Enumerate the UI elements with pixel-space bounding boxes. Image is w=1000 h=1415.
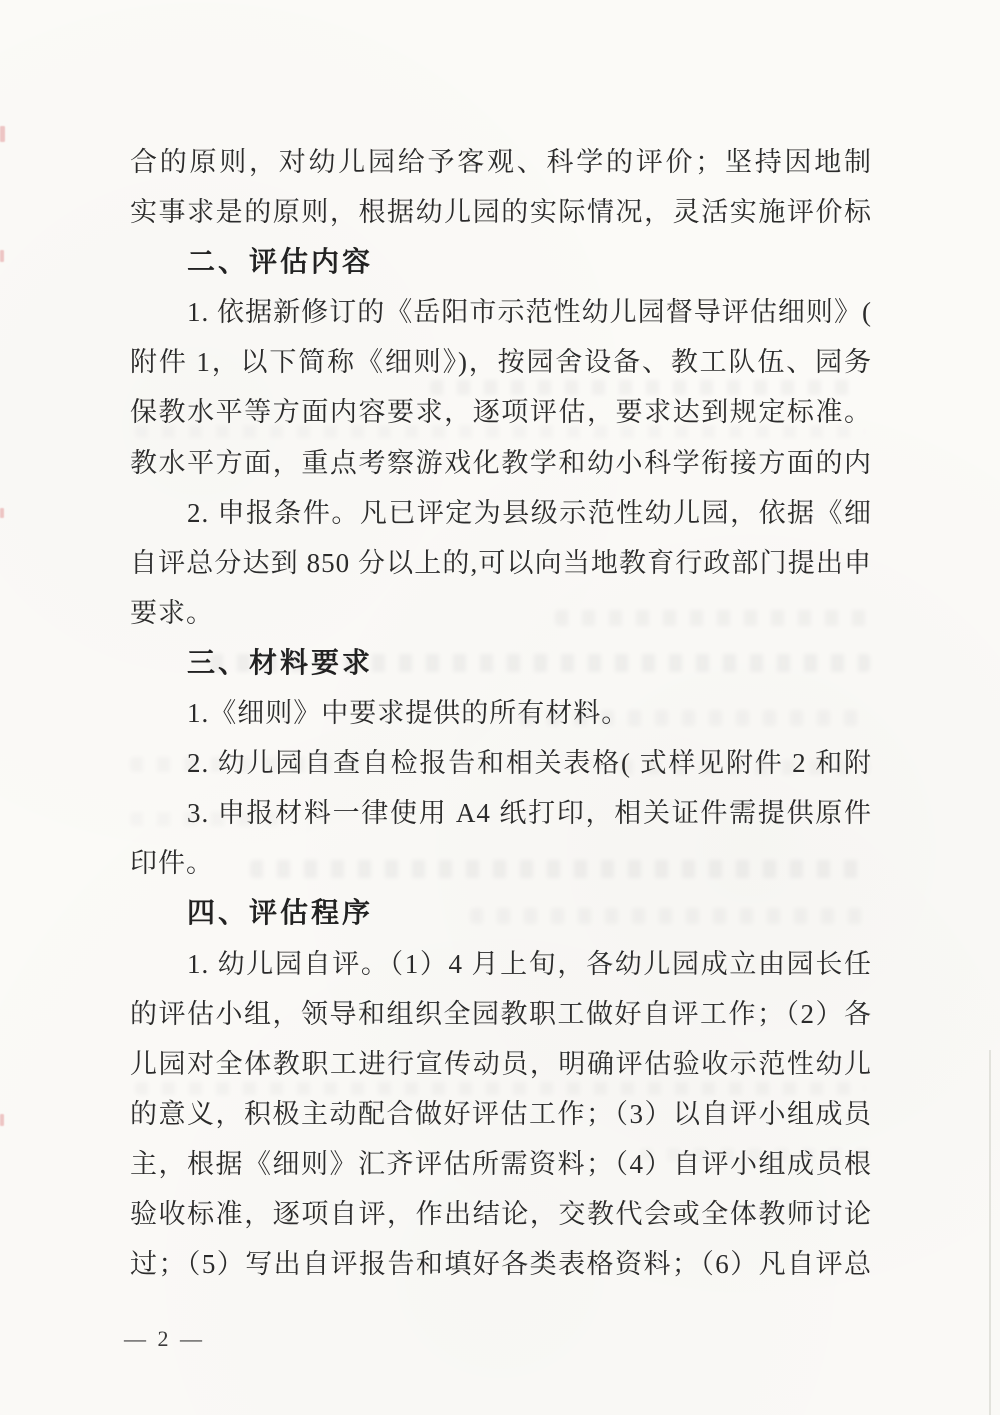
text-line: 的意义，积极主动配合做好评估工作；（3）以自评小组成员为 [130,1089,872,1139]
text-line: 3. 申报材料一律使用 A4 纸打印，相关证件需提供原件和复 [130,788,872,838]
text-line: 自评总分达到 850 分以上的,可以向当地教育行政部门提出申报 [130,538,872,588]
text-line: 的评估小组，领导和组织全园教职工做好自评工作；（2）各幼 [130,989,872,1039]
scan-speck [0,126,5,142]
scan-edge-line [989,1050,991,1415]
document-page: 合的原则，对幼儿园给予客观、科学的评价；坚持因地制宜、实事求是的原则，根据幼儿园… [0,0,1000,1415]
text-line: 儿园对全体教职工进行宣传动员，明确评估验收示范性幼儿园 [130,1039,872,1089]
section-heading: 四、评估程序 [130,888,872,938]
section-heading: 三、材料要求 [130,638,872,688]
text-line: 1. 依据新修订的《岳阳市示范性幼儿园督导评估细则》( 见 [130,287,872,337]
text-line: 要求。 [130,588,872,638]
text-line: 实事求是的原则，根据幼儿园的实际情况，灵活实施评价标准。 [130,187,872,237]
text-line: 过；（5）写出自评报告和填好各类表格资料；（6）凡自评总分 [130,1239,872,1289]
text-line: 1. 幼儿园自评。（1）4 月上旬，各幼儿园成立由园长任组长 [130,939,872,989]
text-line: 2. 幼儿园自查自检报告和相关表格( 式样见附件 2 和附件 3 )。 [130,738,872,788]
text-line: 2. 申报条件。凡已评定为县级示范性幼儿园，依据《细则》 [130,488,872,538]
scan-speck [0,508,4,518]
document-body: 合的原则，对幼儿园给予客观、科学的评价；坚持因地制宜、实事求是的原则，根据幼儿园… [130,137,872,1289]
text-line: 1.《细则》中要求提供的所有材料。 [130,688,872,738]
text-line: 主，根据《细则》汇齐评估所需资料；（4）自评小组成员根据 [130,1139,872,1189]
text-line: 印件。 [130,838,872,888]
section-heading: 二、评估内容 [130,237,872,287]
text-line: 保教水平等方面内容要求，逐项评估，要求达到规定标准。保 [130,387,872,437]
scan-speck [0,1114,4,1126]
scan-speck [0,250,4,262]
text-line: 验收标准，逐项自评，作出结论，交教代会或全体教师讨论通 [130,1189,872,1239]
text-line: 合的原则，对幼儿园给予客观、科学的评价；坚持因地制宜、 [130,137,872,187]
page-number: — 2 — [124,1326,205,1352]
text-line: 教水平方面，重点考察游戏化教学和幼小科学衔接方面的内容。 [130,438,872,488]
text-line: 附件 1，以下简称《细则》)，按园舍设备、教工队伍、园务管理、 [130,337,872,387]
